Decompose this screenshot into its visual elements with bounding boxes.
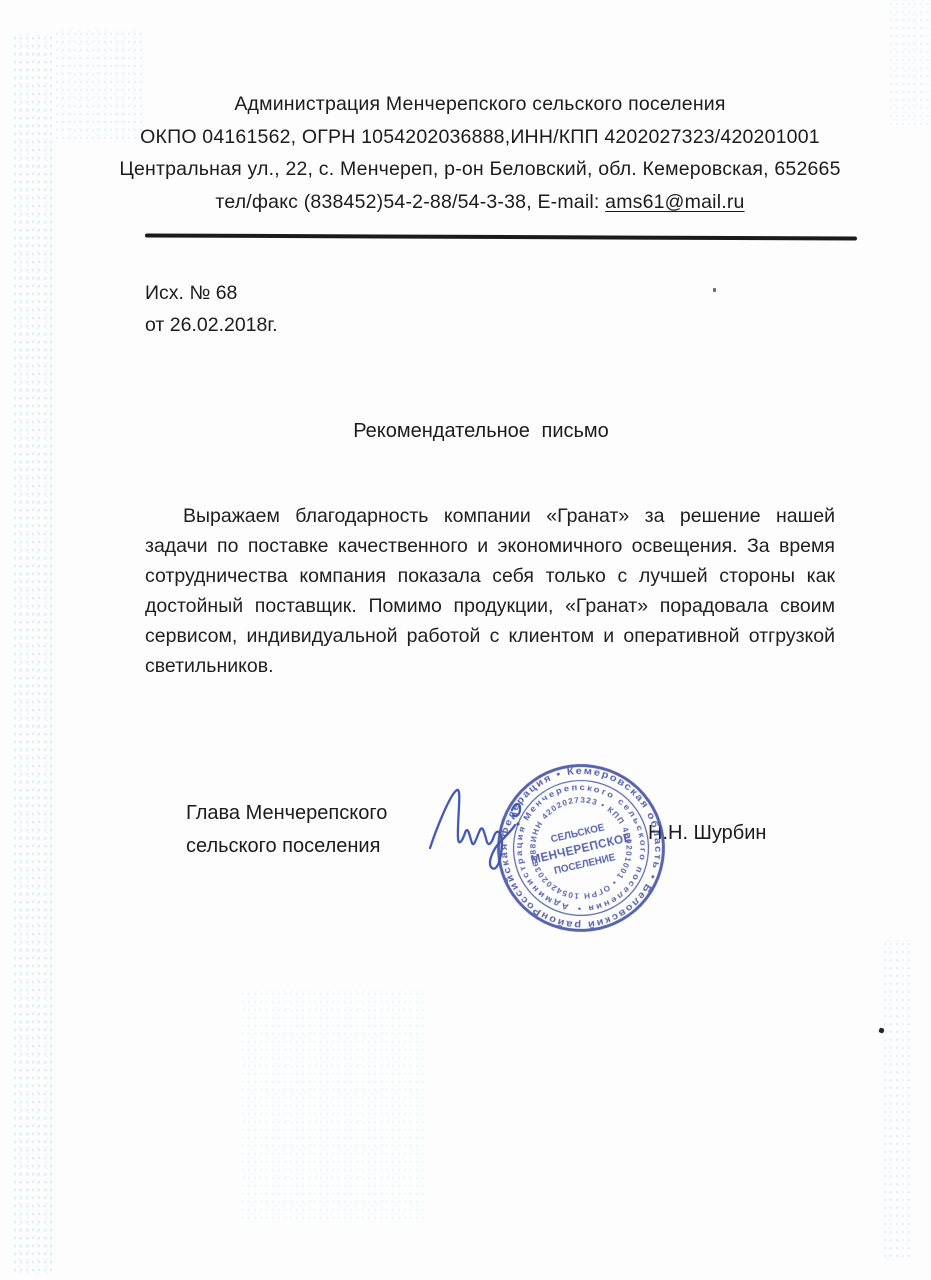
scan-noise-mid [240,990,425,1225]
letter-body-paragraph: Выражаем благодарность компании «Гранат»… [145,501,835,681]
organization-name: Администрация Менчерепского сельского по… [30,88,930,121]
registration-codes: ОКПО 04161562, ОГРН 1054202036888,ИНН/КП… [30,121,930,154]
official-stamp: Российская Федерация • Кемеровская облас… [474,741,687,954]
signer-position-line1: Глава Менчерепского [186,797,387,830]
letterhead-divider-line [145,233,857,240]
phone-fax: тел/факс (838452)54-2-88/54-3-38, E-mail… [215,191,605,213]
email-link[interactable]: ams61@mail.ru [605,191,744,213]
scan-noise-right-edge [882,940,914,1258]
document-title: Рекомендательное письмо [0,420,931,443]
scanned-letter-page: Администрация Менчерепского сельского по… [0,0,931,1280]
signer-position: Глава Менчерепского сельского поселения [186,797,387,863]
contact-line: тел/факс (838452)54-2-88/54-3-38, E-mail… [30,186,930,219]
scan-noise-left-edge [12,34,54,1274]
letter-date: от 26.02.2018г. [145,309,278,341]
letterhead: Администрация Менчерепского сельского по… [30,88,930,218]
postal-address: Центральная ул., 22, с. Менчереп, р-он Б… [30,153,930,186]
signer-position-line2: сельского поселения [186,830,387,863]
reference-block: Исх. № 68 от 26.02.2018г. [145,277,278,341]
scan-speck [878,1027,884,1033]
outgoing-number: Исх. № 68 [145,277,278,309]
scan-speck [713,288,716,292]
